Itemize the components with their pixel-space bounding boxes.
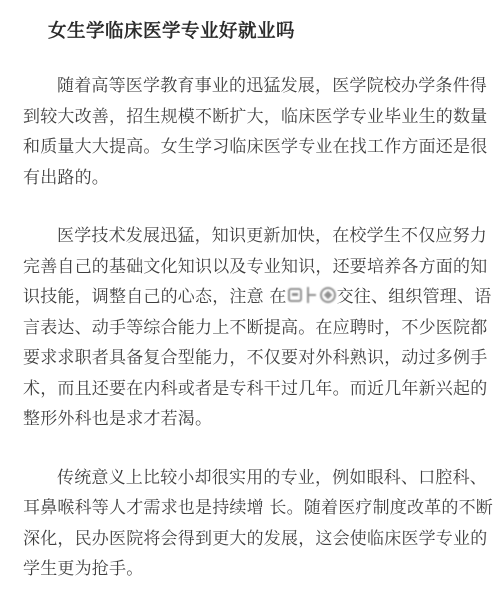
watermark-logo-icon (287, 287, 337, 305)
article-page: 女生学临床医学专业好就业吗 随着高等医学教育事业的迅猛发展，医学院校办学条件得到… (0, 0, 500, 590)
paragraph-2-text-after: 交往、组织管理、语言表达、动手等综合能力上不断提高。在应聘时，不少医院都要求求职… (23, 287, 491, 429)
paragraph-1: 随着高等医学教育事业的迅猛发展，医学院校办学条件得到较大改善，招生规模不断扩大，… (23, 71, 498, 193)
article-body: 女生学临床医学专业好就业吗 随着高等医学教育事业的迅猛发展，医学院校办学条件得到… (0, 0, 500, 585)
paragraph-3: 传统意义上比较小却很实用的专业，例如眼科、口腔科、耳鼻喉科等人才需求也是持续增 … (23, 463, 498, 585)
page-title: 女生学临床医学专业好就业吗 (48, 21, 498, 43)
paragraph-2: 医学技术发展迅猛，知识更新加快，在校学生不仅应努力完善自己的基础文化知识以及专业… (23, 221, 498, 435)
